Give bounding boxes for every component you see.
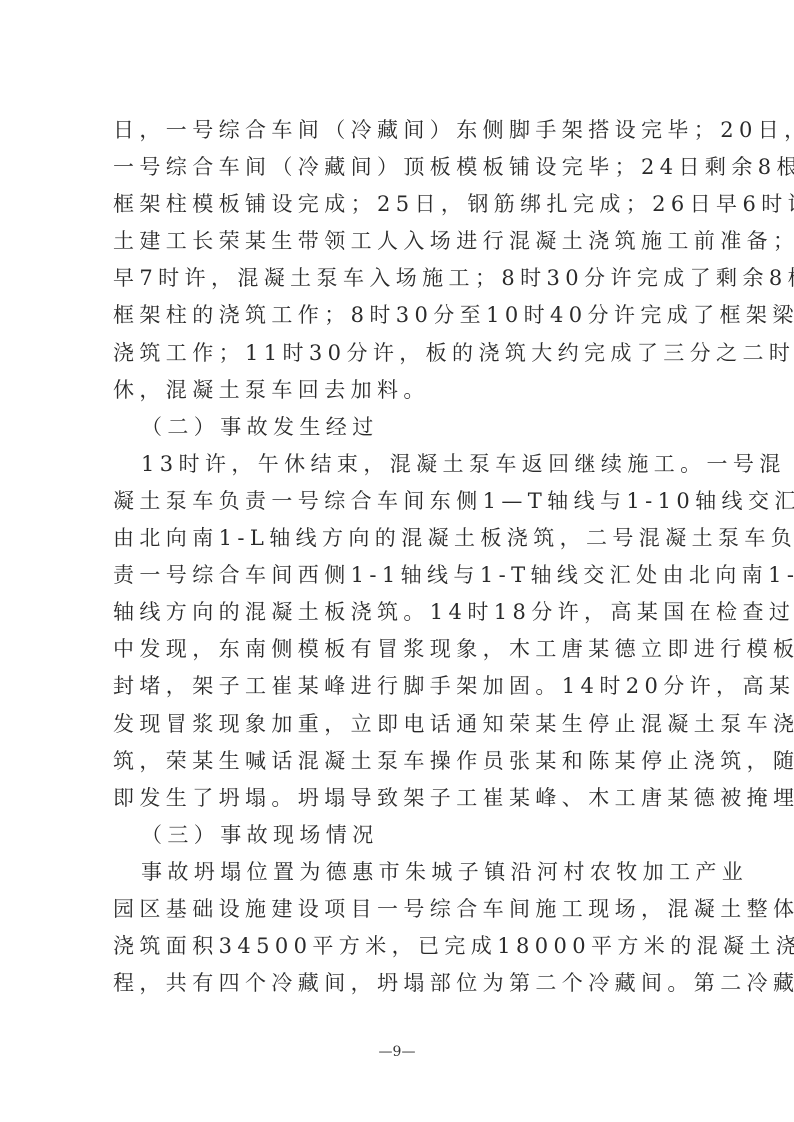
text-line: 日，一号综合车间（冷藏间）东侧脚手架搭设完毕；20日， (113, 112, 669, 149)
section-heading: （三）事故现场情况 (113, 817, 669, 854)
document-body: 日，一号综合车间（冷藏间）东侧脚手架搭设完毕；20日， 一号综合车间（冷藏间）顶… (113, 112, 669, 1002)
text-line: 筑，荣某生喊话混凝土泵车操作员张某和陈某停止浇筑，随 (113, 743, 669, 780)
paragraph-first-line: 13时许，午休结束，混凝土泵车返回继续施工。一号混 (113, 446, 669, 483)
text-line: 休，混凝土泵车回去加料。 (113, 372, 669, 409)
text-line: 由北向南1-L轴线方向的混凝土板浇筑，二号混凝土泵车负 (113, 520, 669, 557)
document-page: 日，一号综合车间（冷藏间）东侧脚手架搭设完毕；20日， 一号综合车间（冷藏间）顶… (0, 0, 794, 1122)
section-heading: （二）事故发生经过 (113, 409, 669, 446)
text-line: 责一号综合车间西侧1-1轴线与1-T轴线交汇处由北向南1-L (113, 557, 669, 594)
text-line: 浇筑面积34500平方米，已完成18000平方米的混凝土浇筑工 (113, 928, 669, 965)
text-line: 一号综合车间（冷藏间）顶板模板铺设完毕；24日剩余8根 (113, 149, 669, 186)
text-line: 中发现，东南侧模板有冒浆现象，木工唐某德立即进行模板 (113, 631, 669, 668)
text-line: 发现冒浆现象加重，立即电话通知荣某生停止混凝土泵车浇 (113, 706, 669, 743)
text-line: 轴线方向的混凝土板浇筑。14时18分许，高某国在检查过程 (113, 594, 669, 631)
paragraph-first-line: 事故坍塌位置为德惠市朱城子镇沿河村农牧加工产业 (113, 854, 669, 891)
text-line: 早7时许，混凝土泵车入场施工；8时30分许完成了剩余8根 (113, 260, 669, 297)
text-line: 凝土泵车负责一号综合车间东侧1—T轴线与1-10轴线交汇 (113, 483, 669, 520)
text-line: 封堵，架子工崔某峰进行脚手架加固。14时20分许，高某国 (113, 668, 669, 705)
text-line: 框架柱的浇筑工作；8时30分至10时40分许完成了框架梁的 (113, 297, 669, 334)
text-line: 框架柱模板铺设完成；25日，钢筋绑扎完成；26日早6时许， (113, 186, 669, 223)
page-number: —9— (0, 1044, 794, 1060)
text-line: 园区基础设施建设项目一号综合车间施工现场，混凝土整体 (113, 891, 669, 928)
text-line: 浇筑工作；11时30分许，板的浇筑大约完成了三分之二时午 (113, 335, 669, 372)
text-line: 土建工长荣某生带领工人入场进行混凝土浇筑施工前准备； (113, 223, 669, 260)
text-line: 程，共有四个冷藏间，坍塌部位为第二个冷藏间。第二冷藏 (113, 965, 669, 1002)
text-line: 即发生了坍塌。坍塌导致架子工崔某峰、木工唐某德被掩埋。 (113, 780, 669, 817)
